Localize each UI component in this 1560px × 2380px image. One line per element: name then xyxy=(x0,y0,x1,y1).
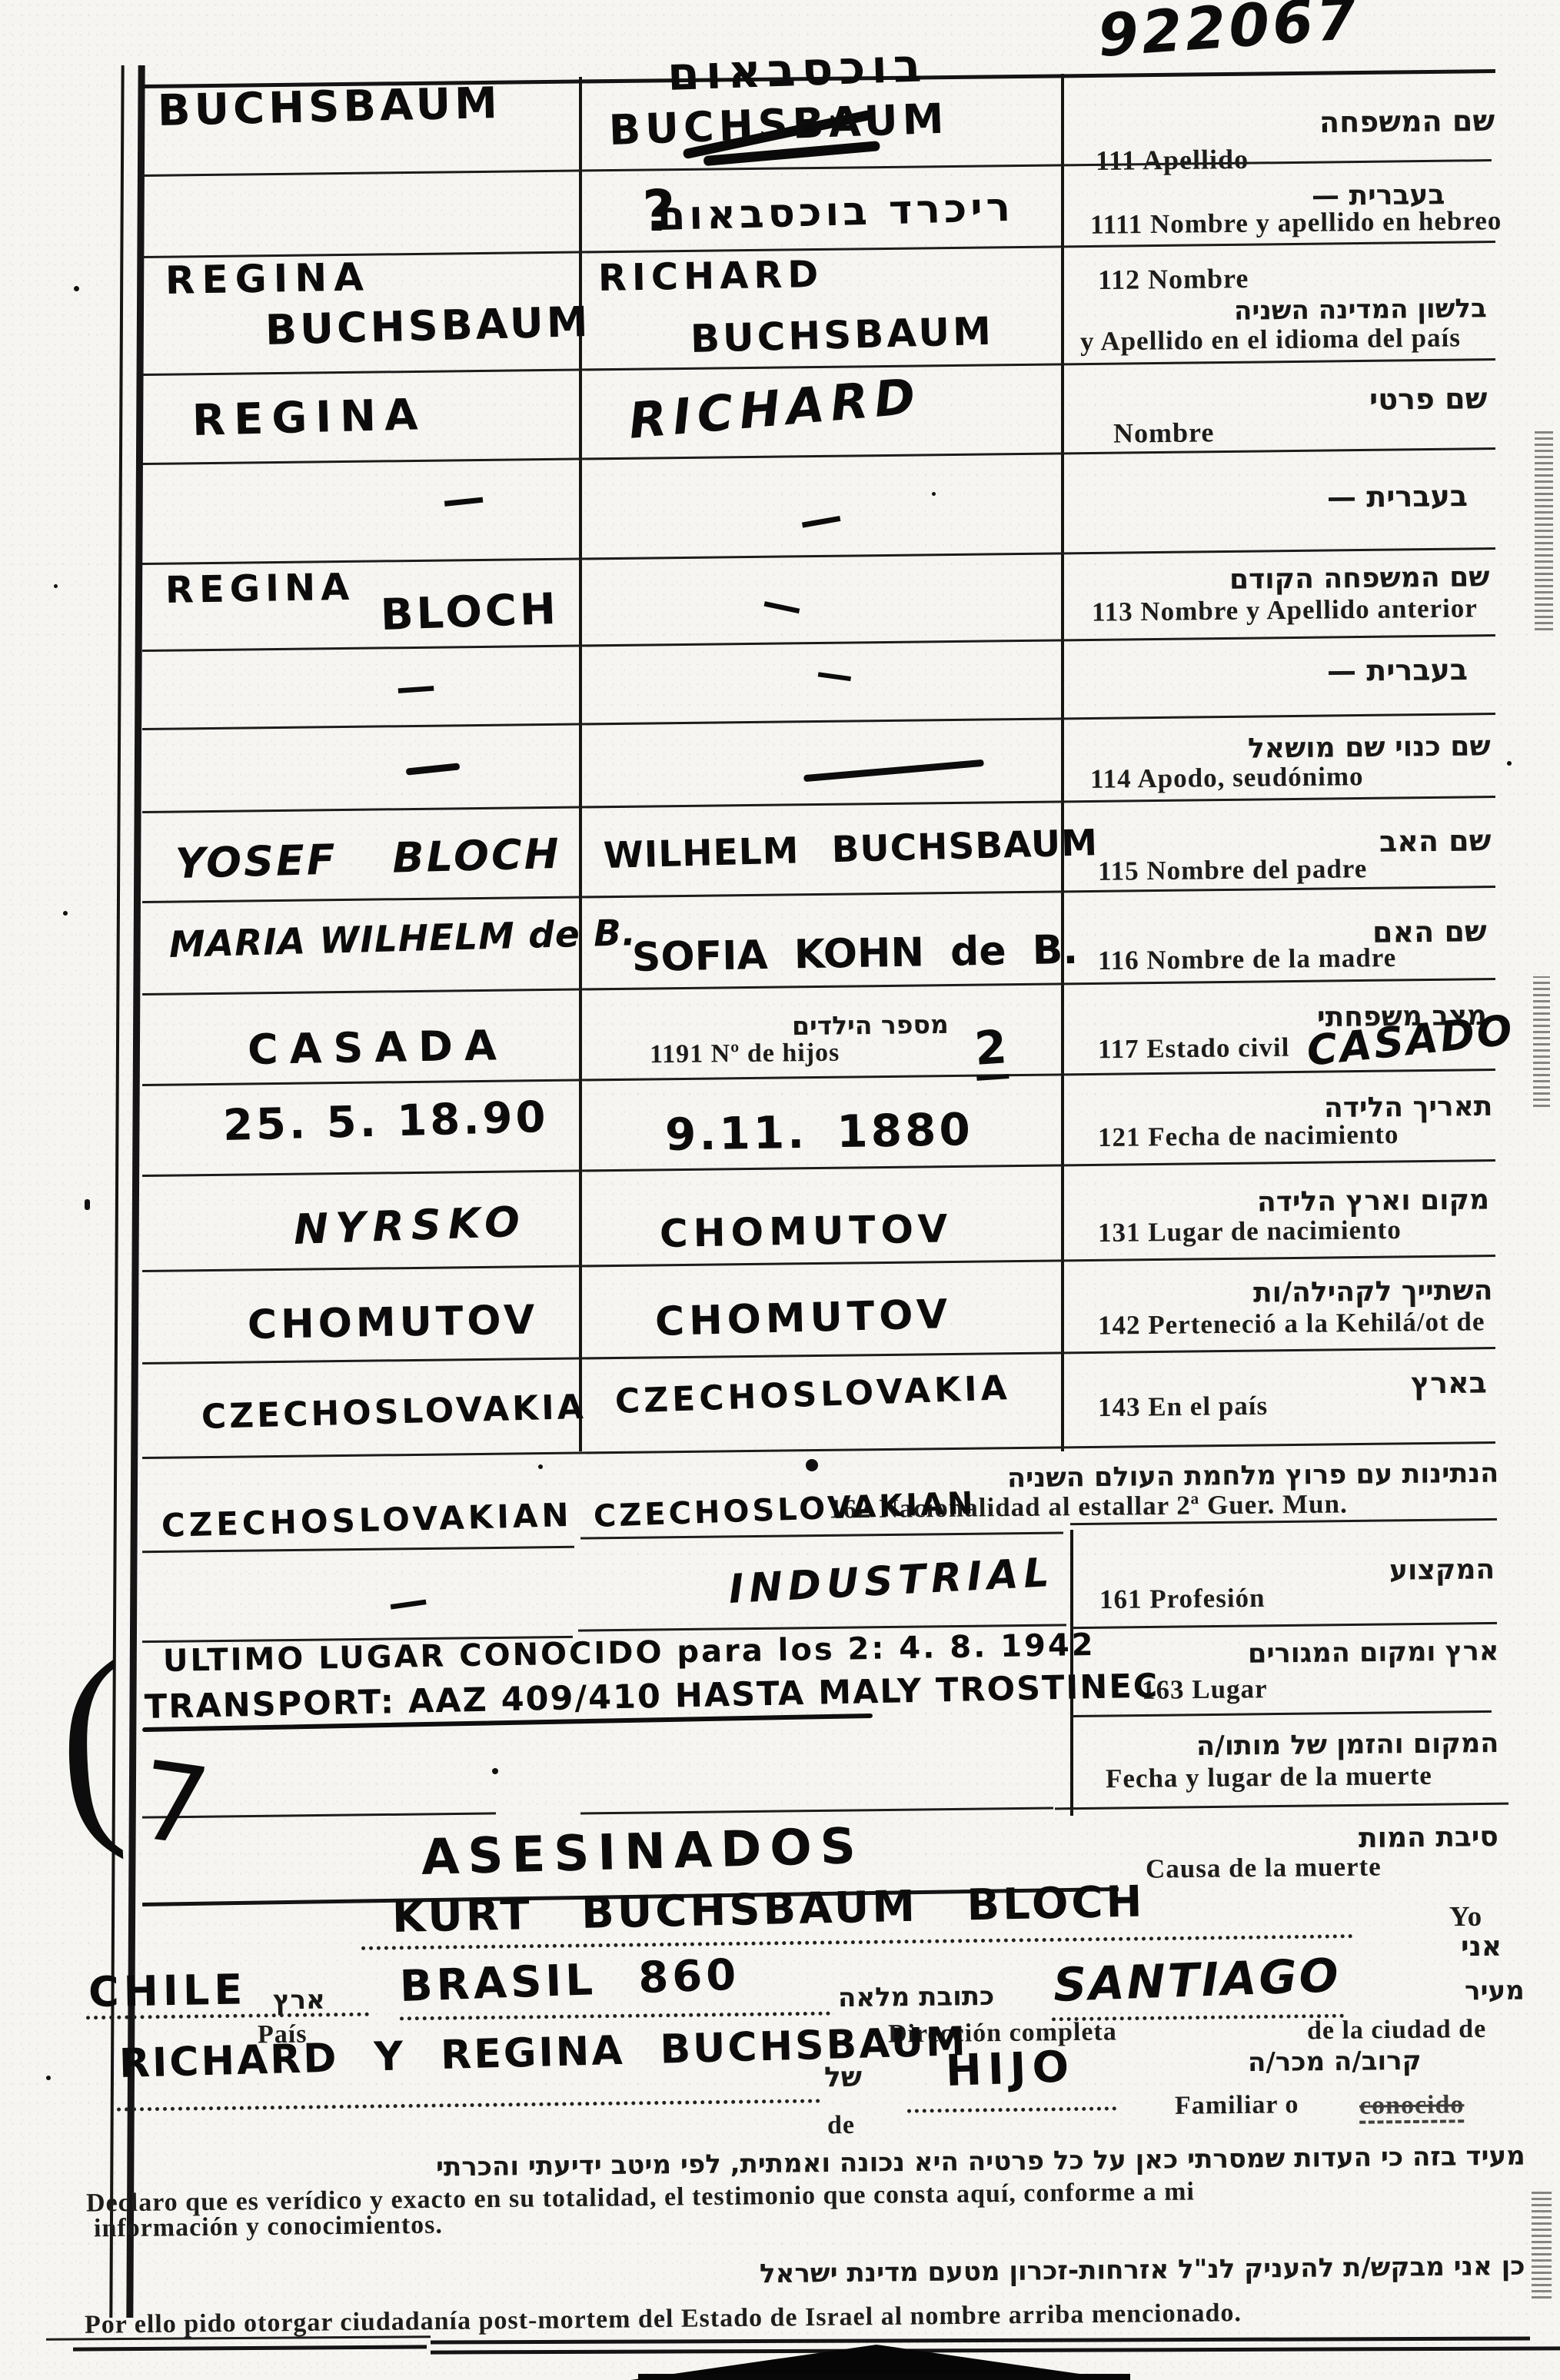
speck xyxy=(538,1464,543,1469)
entry-name-left-2: BUCHSBAUM xyxy=(264,297,591,354)
reference-number: 922067 xyxy=(1096,0,1362,70)
dotted-line-address xyxy=(400,2012,830,2021)
dotted-line-relation xyxy=(907,2106,1116,2112)
rule xyxy=(142,1347,1495,1365)
testimony-page: 922067 שם המשפחה 111 Apellido BUCHSBAUM … xyxy=(0,0,1560,2380)
brace-mark: ( xyxy=(55,1611,130,1870)
entry-nationality-left: CZECHOSLOVAKIAN xyxy=(161,1496,573,1544)
scan-artifact-strip xyxy=(638,2374,1130,2380)
label-161-es: 161 Profesión xyxy=(1099,1583,1266,1615)
rule-left-nationality xyxy=(142,1546,574,1553)
label-relation-es1: Familiar o xyxy=(1175,2090,1299,2121)
entry-apodo-dash-left xyxy=(406,763,461,775)
label-ciudad-he: מעיר xyxy=(1465,1976,1525,2007)
label-112-es2: y Apellido en el idioma del país xyxy=(1080,322,1461,357)
declaration-es-line2: información y conocimientos. xyxy=(94,2211,443,2244)
rule xyxy=(142,713,1495,730)
speck xyxy=(492,1768,498,1774)
rule xyxy=(142,358,1495,376)
entry-dash2-mid: — xyxy=(813,650,856,698)
rule xyxy=(142,634,1495,652)
entry-surname-mid: BUCHSBAUM xyxy=(608,95,950,155)
rule xyxy=(142,159,1492,177)
label-nombre-he: שם פרטי xyxy=(1369,381,1487,417)
dotted-line-city xyxy=(1052,2014,1344,2022)
label-113-es: 113 Nombre y Apellido anterior xyxy=(1092,593,1478,627)
label-nombre-es: Nombre xyxy=(1113,416,1215,449)
rule-death xyxy=(1055,1803,1508,1810)
entry-profession-left: — xyxy=(385,1577,431,1628)
speck xyxy=(63,911,68,916)
label-causa-he: סיבת המות xyxy=(1359,1821,1498,1854)
label-161-he: המקצוע xyxy=(1389,1554,1495,1586)
entry-country-mid: CZECHOSLOVAKIA xyxy=(614,1368,1011,1421)
entry-father-left: YOSEF BLOCH xyxy=(175,829,561,888)
entry-surname-left: BUCHSBAUM xyxy=(157,78,501,136)
entry-dash-mid: — xyxy=(795,491,846,548)
scan-streak xyxy=(1535,430,1553,630)
entry-dash2-left: — xyxy=(394,663,437,711)
speck xyxy=(46,2076,51,2080)
entry-prev-name-left-2: BLOCH xyxy=(380,584,560,640)
label-1111-es: 1111 Nombre y apellido en hebreo xyxy=(1090,205,1502,241)
entry-name-mid-1: RICHARD xyxy=(598,253,824,300)
rule xyxy=(142,447,1495,465)
label-115-es: 115 Nombre del padre xyxy=(1098,853,1368,887)
rule-161 xyxy=(1070,1622,1497,1629)
label-ciudad-es: de la ciudad de xyxy=(1307,2015,1487,2046)
label-1191-es: 1191 Nº de hijos xyxy=(650,1039,840,1070)
entry-profession-mid: INDUSTRIAL xyxy=(727,1550,1056,1613)
label-142-es: 142 Perteneció a la Kehilá/ot de xyxy=(1098,1306,1485,1341)
squiggle-seven-mark: 7 xyxy=(131,1738,217,1872)
entry-firstname-mid: RICHARD xyxy=(627,368,924,450)
entry-birthdate-mid: 9.11. 1880 xyxy=(664,1103,973,1161)
entry-birthplace-left: NYRSKO xyxy=(293,1197,527,1254)
label-115-he: שם האב xyxy=(1379,823,1491,859)
entry-country-left: CZECHOSLOVAKIA xyxy=(201,1388,587,1437)
label-114-es: 114 Apodo, seudónimo xyxy=(1090,761,1364,795)
label-131-he: מקום וארץ הלידה xyxy=(1257,1184,1490,1218)
speck xyxy=(85,1199,90,1210)
label-131-es: 131 Lugar de nacimiento xyxy=(1098,1215,1402,1248)
label-163-es: 163 Lugar xyxy=(1142,1674,1268,1706)
label-112-he: בלשון המדינה השניה xyxy=(1234,293,1487,326)
label-111-he: שם המשפחה xyxy=(1319,104,1495,139)
entry-apodo-dash-mid xyxy=(803,760,984,782)
speck xyxy=(830,115,834,119)
entry-prev-name-mid: — xyxy=(758,579,807,633)
scan-streak xyxy=(1532,2191,1552,2299)
label-114-he: שם כנוי שם מושאל xyxy=(1248,730,1491,764)
entry-dash-left: — xyxy=(440,472,487,526)
label-113-he: שם המשפחה הקודם xyxy=(1229,561,1489,596)
rule-mid-blank xyxy=(580,1807,1053,1815)
label-143-he: בארץ xyxy=(1411,1365,1487,1400)
scan-streak xyxy=(1533,976,1550,1107)
rule xyxy=(142,978,1495,996)
entry-nationality-mid: CZECHOSLOVAKIAN xyxy=(593,1486,976,1534)
entry-num-hijos: 2 xyxy=(973,1020,1009,1081)
label-of-es: de xyxy=(827,2111,855,2140)
label-yo-he: אני xyxy=(1461,1931,1502,1963)
rule xyxy=(142,1159,1495,1177)
entry-kehila-left: CHOMUTOV xyxy=(247,1297,538,1348)
declarant-name: KURT BUCHSBAUM BLOCH xyxy=(391,1876,1146,1943)
bottom-rule xyxy=(431,2337,1530,2345)
label-116-es: 116 Nombre de la madre xyxy=(1098,942,1397,976)
rule xyxy=(142,886,1495,903)
label-of-he: של xyxy=(824,2062,863,2094)
label-hebrew2-he: — בעברית xyxy=(1327,653,1468,688)
entry-mother-left: MARIA WILHELM de B. xyxy=(168,912,637,966)
entry-firstname-left: REGINA xyxy=(191,390,427,446)
ink-dot xyxy=(806,1459,818,1471)
label-hebrew-he: — בעברית xyxy=(1327,479,1468,514)
entry-mother-mid: SOFIA KOHN de B. xyxy=(631,927,1078,981)
dotted-line-victims xyxy=(117,2099,820,2111)
entry-kehila-mid: CHOMUTOV xyxy=(654,1291,953,1345)
label-death-es: Fecha y lugar de la muerte xyxy=(1106,1760,1432,1794)
speck xyxy=(54,584,58,588)
rule xyxy=(142,1255,1495,1272)
entry-name-left-1: REGINA xyxy=(165,254,371,303)
entry-cause-of-death: ASESINADOS xyxy=(421,1818,865,1886)
column-divider-left xyxy=(579,77,582,1451)
declaration-he: מעיד בזה כי העדות שמסרתי כאן על כל פרטיה… xyxy=(436,2141,1525,2183)
entry-birthplace-mid: CHOMUTOV xyxy=(659,1206,953,1256)
entry-estado-civil-left: CASADA xyxy=(247,1021,508,1074)
label-162-he: הנתינות עם פרוץ מלחמת העולם השניה xyxy=(1007,1458,1499,1494)
declarant-city: SANTIAGO xyxy=(1053,1949,1342,2013)
entry-hebrew-name-mid: ריכרד בוכסבאום xyxy=(657,184,1014,240)
label-yo-es: Yo xyxy=(1449,1900,1483,1933)
entry-birthdate-left: 25. 5. 18.90 xyxy=(222,1092,549,1151)
speck xyxy=(1507,761,1512,766)
speck xyxy=(74,286,79,291)
label-death-he: המקום והזמן של מותו/ה xyxy=(1196,1728,1498,1762)
declarant-country: CHILE xyxy=(88,1965,247,2016)
entry-name-mid-2: BUCHSBAUM xyxy=(690,309,994,361)
entry-prev-name-left-1: REGINA xyxy=(165,566,355,612)
rule xyxy=(142,796,1495,813)
request-es: Por ello pido otorgar ciudadanía post-mo… xyxy=(85,2299,1242,2340)
relation-entry: HIJO xyxy=(945,2042,1076,2096)
label-111-es: 111 Apellido xyxy=(1096,143,1249,177)
label-causa-es: Causa de la muerte xyxy=(1146,1851,1382,1884)
label-relation-es2-struck: conocido xyxy=(1359,2090,1465,2123)
label-117-es: 117 Estado civil xyxy=(1098,1032,1290,1065)
bottom-rule xyxy=(73,2345,427,2351)
label-direccion-he: כתובת מלאה xyxy=(838,1981,995,2013)
request-he: כן אני מבקש/ת להעניק לנ"ל אזרחות-זכרון מ… xyxy=(760,2251,1525,2289)
label-121-es: 121 Fecha de nacimiento xyxy=(1098,1119,1399,1153)
label-163-he: ארץ ומקום המגורים xyxy=(1247,1636,1498,1669)
speck xyxy=(932,492,936,496)
label-112-es1: 112 Nombre xyxy=(1098,262,1249,296)
rule xyxy=(142,1441,1495,1459)
rule-163 xyxy=(1070,1710,1492,1717)
label-143-es: 143 En el país xyxy=(1098,1391,1269,1423)
label-pais-he: ארץ xyxy=(273,1985,325,2016)
rule-mid-nationality xyxy=(580,1531,1063,1539)
declarant-address: BRASIL 860 xyxy=(399,1950,740,2012)
rule xyxy=(142,547,1495,565)
entry-father-mid: WILHELM BUCHSBAUM xyxy=(603,822,1098,877)
entry-surname-mid-hebrew: בוכסבאום xyxy=(667,38,929,101)
label-142-he: השתייך לקהילה/ות xyxy=(1252,1275,1492,1308)
label-1191-he: מספר הילדים xyxy=(792,1009,949,1041)
label-relation-he: קרוב/ה מכר/ה xyxy=(1248,2046,1422,2078)
column-divider-right xyxy=(1061,74,1064,1451)
